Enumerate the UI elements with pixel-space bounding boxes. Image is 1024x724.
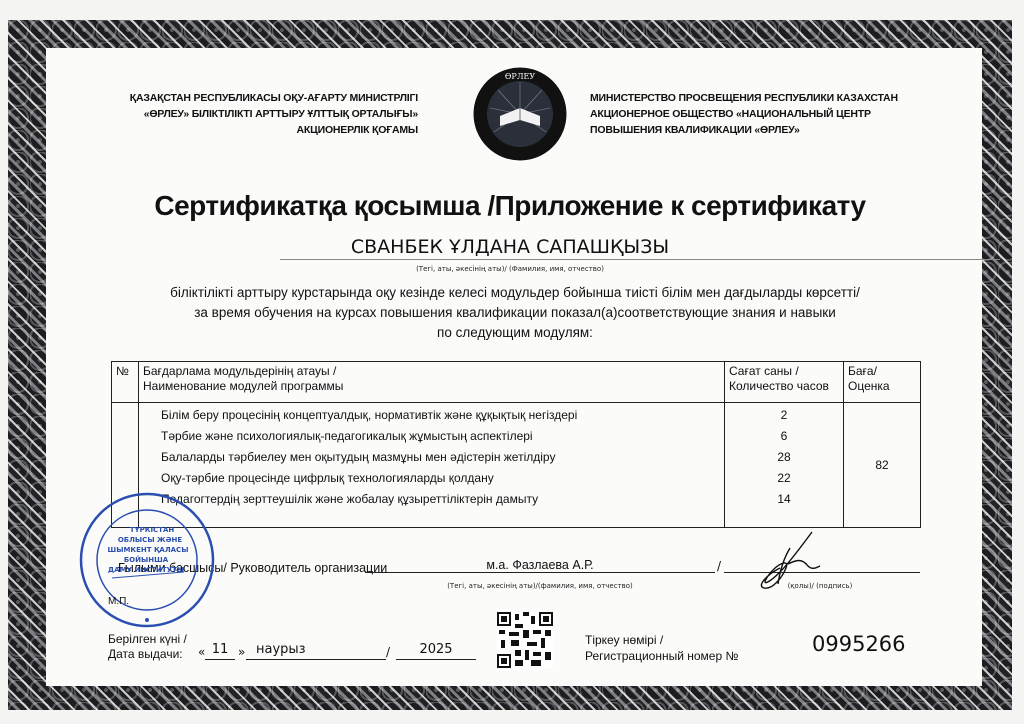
registration-number: 0995266 xyxy=(812,632,906,656)
table-row: Білім беру процесінің концептуалдық, нор… xyxy=(112,403,921,528)
header-module-ru: Наименование модулей программы xyxy=(143,379,720,394)
director-name: м.а. Фазлаева А.Р. xyxy=(365,558,715,572)
module-hours: 22 xyxy=(729,468,839,489)
registration-label-ru: Регистрационный номер № xyxy=(585,648,738,664)
svg-text:ШЫМКЕНТ ҚАЛАСЫ: ШЫМКЕНТ ҚАЛАСЫ xyxy=(108,546,189,554)
date-slash: / xyxy=(386,645,390,659)
module-hours: 28 xyxy=(729,447,839,468)
hours-cell: 2 6 28 22 14 xyxy=(725,403,844,528)
header-ru: МИНИСТЕРСТВО ПРОСВЕЩЕНИЯ РЕСПУБЛИКИ КАЗА… xyxy=(590,90,920,138)
module-name: Балаларды тәрбиелеу мен оқытудың мазмұны… xyxy=(161,447,720,468)
header-no: № xyxy=(112,362,139,403)
header-hours: Сағат саны / Количество часов xyxy=(725,362,844,403)
header-kz-line: «ӨРЛЕУ» БІЛІКТІЛІКТІ АРТТЫРУ ҰЛТТЫҚ ОРТА… xyxy=(108,106,418,122)
header-grade-ru: Оценка xyxy=(848,379,916,394)
header-module-kz: Бағдарлама модульдерінің атауы / xyxy=(143,364,720,379)
issue-date-label-kz: Берілген күні / xyxy=(108,632,187,647)
intro-line: біліктілікті арттыру курстарында оқу кез… xyxy=(120,283,910,303)
header-hours-kz: Сағат саны / xyxy=(729,364,839,379)
director-name-line xyxy=(365,572,715,573)
header-ru-line: МИНИСТЕРСТВО ПРОСВЕЩЕНИЯ РЕСПУБЛИКИ КАЗА… xyxy=(590,90,920,106)
svg-text:БОЙЫНША: БОЙЫНША xyxy=(124,555,169,564)
registration-label-kz: Тіркеу нөмірі / xyxy=(585,632,738,648)
handwritten-signature-icon xyxy=(750,528,840,592)
module-name: Тәрбие және психологиялық-педагогикалық … xyxy=(161,426,720,447)
issue-year: 2025 xyxy=(396,642,476,660)
qr-code-icon[interactable] xyxy=(497,612,553,668)
intro-text: біліктілікті арттыру курстарында оқу кез… xyxy=(120,283,910,343)
intro-line: по следующим модулям: xyxy=(120,323,910,343)
document-title: Сертификатқа қосымша /Приложение к серти… xyxy=(80,190,940,222)
issue-day: 11 xyxy=(205,642,235,660)
header-ru-line: ПОВЫШЕНИЯ КВАЛИФИКАЦИИ «ӨРЛЕУ» xyxy=(590,122,920,138)
module-hours: 2 xyxy=(729,405,839,426)
svg-text:ОБЛЫСЫ ЖӘНЕ: ОБЛЫСЫ ЖӘНЕ xyxy=(118,536,183,544)
grade-cell: 82 xyxy=(844,403,921,528)
stamp-place-label: М.П. xyxy=(108,596,129,607)
header-grade-kz: Баға/ xyxy=(848,364,916,379)
modules-table: № Бағдарлама модульдерінің атауы / Наиме… xyxy=(111,361,921,528)
svg-text:ӨРЛЕУ: ӨРЛЕУ xyxy=(505,72,535,81)
module-names-cell: Білім беру процесінің концептуалдық, нор… xyxy=(139,403,725,528)
issue-month: наурыз xyxy=(246,642,386,660)
svg-text:ДАМУ ИНСТИТУТЫ: ДАМУ ИНСТИТУТЫ xyxy=(108,566,184,574)
header-module: Бағдарлама модульдерінің атауы / Наимено… xyxy=(139,362,725,403)
header-grade: Баға/ Оценка xyxy=(844,362,921,403)
module-hours: 6 xyxy=(729,426,839,447)
header-kz: ҚАЗАҚСТАН РЕСПУБЛИКАСЫ ОҚУ-АҒАРТУ МИНИСТ… xyxy=(108,90,418,138)
header-kz-line: АКЦИОНЕРЛІК ҚОҒАМЫ xyxy=(108,122,418,138)
quote-close: » xyxy=(238,645,245,659)
recipient-name: СВАНБЕК ҰЛДАНА САПАШҚЫЗЫ xyxy=(120,236,900,258)
module-name: Педагогтердің зерттеушілік және жобалау … xyxy=(161,489,720,510)
svg-text:ТҮРКІСТАН: ТҮРКІСТАН xyxy=(130,526,175,534)
slash-separator: / xyxy=(717,559,721,573)
issue-date-label: Берілген күні / Дата выдачи: xyxy=(108,632,187,662)
module-name: Білім беру процесінің концептуалдық, нор… xyxy=(161,405,720,426)
director-name-caption: (Тегі, аты, әкесінің аты)/(фамилия, имя,… xyxy=(365,582,715,590)
header-hours-ru: Количество часов xyxy=(729,379,839,394)
issue-date-label-ru: Дата выдачи: xyxy=(108,647,187,662)
module-hours: 14 xyxy=(729,489,839,510)
module-name: Оқу-тәрбие процесінде цифрлық технология… xyxy=(161,468,720,489)
intro-line: за время обучения на курсах повышения кв… xyxy=(120,303,910,323)
official-stamp-icon: ТҮРКІСТАН ОБЛЫСЫ ЖӘНЕ ШЫМКЕНТ ҚАЛАСЫ БОЙ… xyxy=(72,490,222,630)
name-underline xyxy=(280,259,1000,260)
header-ru-line: АКЦИОНЕРНОЕ ОБЩЕСТВО «НАЦИОНАЛЬНЫЙ ЦЕНТР xyxy=(590,106,920,122)
header-kz-line: ҚАЗАҚСТАН РЕСПУБЛИКАСЫ ОҚУ-АҒАРТУ МИНИСТ… xyxy=(108,90,418,106)
orleu-logo-icon: ӨРЛЕУ xyxy=(470,64,570,164)
registration-label: Тіркеу нөмірі / Регистрационный номер № xyxy=(585,632,738,664)
recipient-caption: (Тегі, аты, әкесінің аты)/ (Фамилия, имя… xyxy=(120,265,900,273)
table-header-row: № Бағдарлама модульдерінің атауы / Наиме… xyxy=(112,362,921,403)
